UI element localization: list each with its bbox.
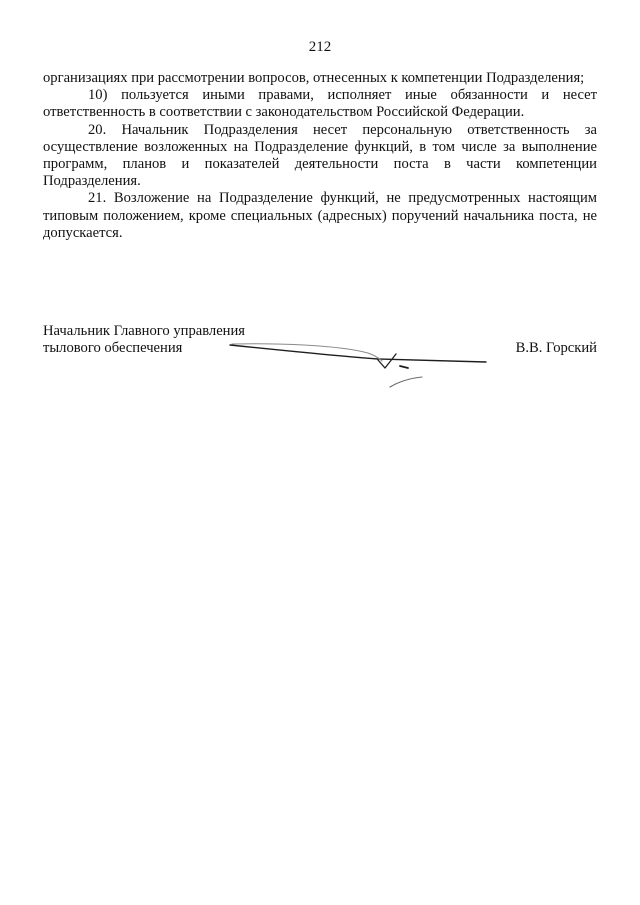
document-body: организациях при рассмотрении вопросов, … [43,70,597,242]
handwritten-signature-icon [228,341,488,389]
page-number: 212 [0,38,640,56]
signatory-name: В.В. Горский [516,340,597,357]
signatory-title: Начальник Главного управления тылового о… [43,323,245,358]
paragraph-continuation: организациях при рассмотрении вопросов, … [43,70,597,87]
signature-block: Начальник Главного управления тылового о… [43,323,597,393]
paragraph-item-20: 20. Начальник Подразделения несет персон… [43,122,597,191]
signatory-title-line-1: Начальник Главного управления [43,323,245,340]
paragraph-item-10: 10) пользуется иными правами, исполняет … [43,87,597,121]
paragraph-item-21: 21. Возложение на Подразделение функций,… [43,190,597,242]
signatory-title-line-2: тылового обеспечения [43,340,245,357]
